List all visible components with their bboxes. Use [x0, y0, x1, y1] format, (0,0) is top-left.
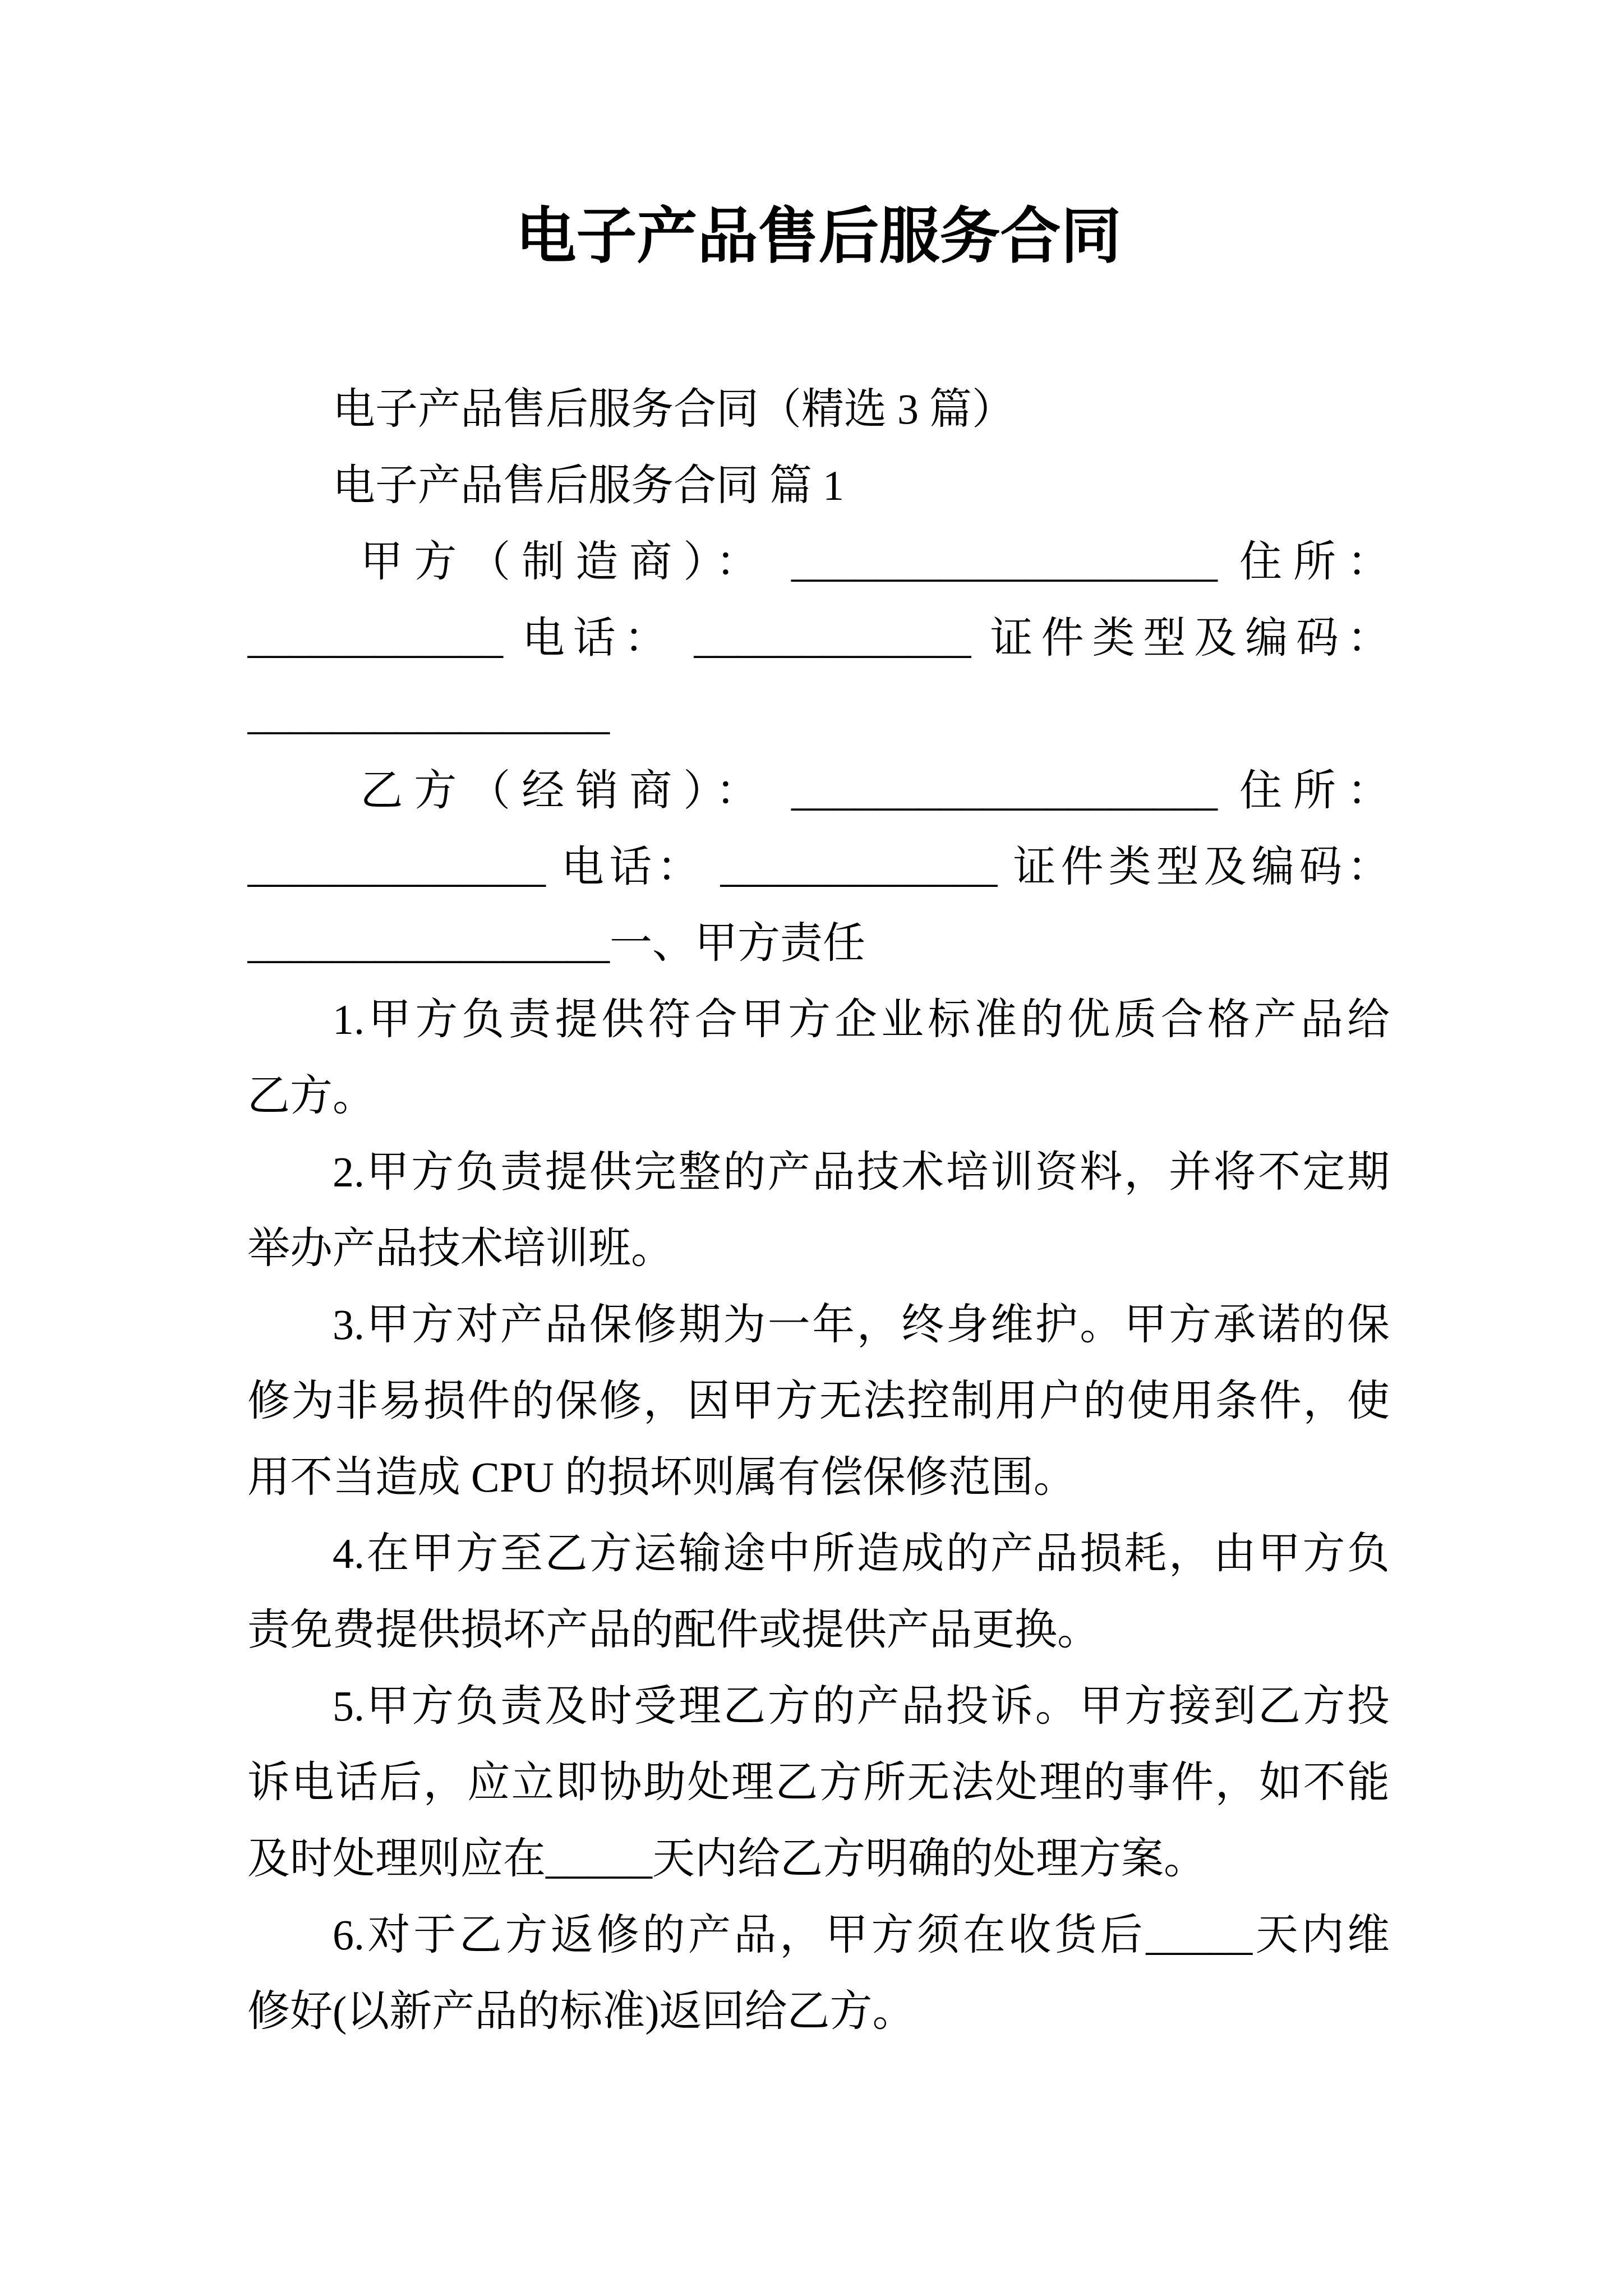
party-a-name-address-line: 甲方（制造商）： ____________________ 住所： — [247, 524, 1390, 600]
party-a-phone-id-line: ____________ 电话： _____________ 证件类型及编码： — [247, 600, 1390, 677]
clause-6-line-1: 6.对于乙方返修的产品，甲方须在收货后_____天内维 — [247, 1897, 1390, 1973]
clause-1-line-1: 1.甲方负责提供符合甲方企业标准的优质合格产品给 — [247, 982, 1390, 1058]
clause-6-line-2: 修好(以新产品的标准)返回给乙方。 — [247, 1973, 1390, 2050]
subtitle-selected-collection: 电子产品售后服务合同（精选 3 篇） — [247, 371, 1390, 448]
party-b-phone-id-line: ______________ 电话： _____________ 证件类型及编码… — [247, 829, 1390, 905]
clause-3-line-1: 3.甲方对产品保修期为一年，终身维护。甲方承诺的保 — [247, 1287, 1390, 1363]
clause-3-line-3: 用不当造成 CPU 的损坏则属有偿保修范围。 — [247, 1439, 1390, 1516]
document-page: 电子产品售后服务合同 电子产品售后服务合同（精选 3 篇） 电子产品售后服务合同… — [0, 0, 1623, 2296]
clause-4-line-2: 责免费提供损坏产品的配件或提供产品更换。 — [247, 1592, 1390, 1668]
subtitle-part-1: 电子产品售后服务合同 篇 1 — [247, 448, 1390, 524]
party-b-name-address-line: 乙方（经销商）： ____________________ 住所： — [247, 753, 1390, 829]
page-title: 电子产品售后服务合同 — [247, 190, 1390, 285]
clause-4-line-1: 4.在甲方至乙方运输途中所造成的产品损耗，由甲方负 — [247, 1516, 1390, 1592]
party-a-id-blank-line: _________________ — [247, 677, 1390, 753]
clause-2-line-2: 举办产品技术培训班。 — [247, 1211, 1390, 1287]
clause-1-line-2: 乙方。 — [247, 1058, 1390, 1134]
document-content: 电子产品售后服务合同 电子产品售后服务合同（精选 3 篇） 电子产品售后服务合同… — [0, 190, 1623, 2050]
section-heading-party-a-responsibility: _________________一、甲方责任 — [247, 905, 1390, 982]
clause-5-line-1: 5.甲方负责及时受理乙方的产品投诉。甲方接到乙方投 — [247, 1668, 1390, 1745]
clause-2-line-1: 2.甲方负责提供完整的产品技术培训资料，并将不定期 — [247, 1134, 1390, 1211]
clause-5-line-2: 诉电话后，应立即协助处理乙方所无法处理的事件，如不能 — [247, 1745, 1390, 1821]
clause-5-line-3: 及时处理则应在_____天内给乙方明确的处理方案。 — [247, 1821, 1390, 1897]
clause-3-line-2: 修为非易损件的保修，因甲方无法控制用户的使用条件，使 — [247, 1363, 1390, 1439]
